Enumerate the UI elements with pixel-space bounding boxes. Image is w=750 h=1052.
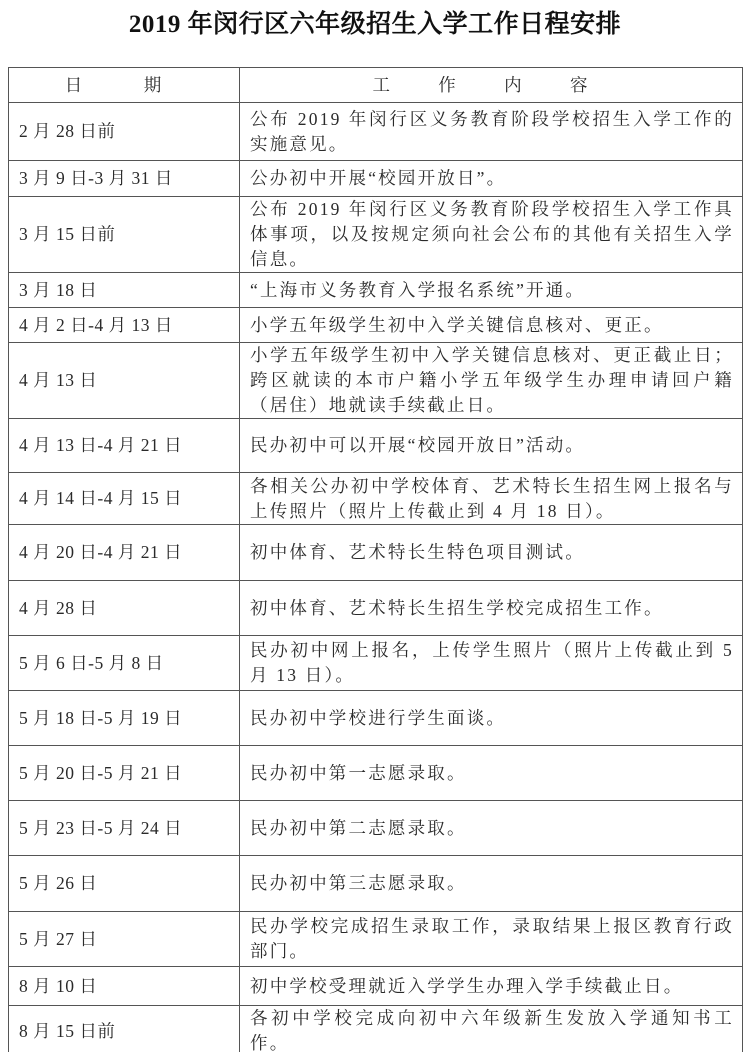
row-work-content: 各初中学校完成向初中六年级新生发放入学通知书工作。 — [240, 1006, 743, 1052]
row-date: 5 月 6 日-5 月 8 日 — [9, 636, 240, 691]
table-row: 8 月 15 日前各初中学校完成向初中六年级新生发放入学通知书工作。 — [9, 1006, 743, 1052]
row-work-content: 民办初中第二志愿录取。 — [240, 801, 743, 856]
table-row: 5 月 18 日-5 月 19 日民办初中学校进行学生面谈。 — [9, 691, 743, 746]
table-row: 4 月 13 日小学五年级学生初中入学关键信息核对、更正截止日；跨区就读的本市户… — [9, 343, 743, 419]
row-date: 8 月 15 日前 — [9, 1006, 240, 1052]
header-work-content: 工 作 内 容 — [240, 68, 743, 103]
table-row: 4 月 14 日-4 月 15 日各相关公办初中学校体育、艺术特长生招生网上报名… — [9, 473, 743, 525]
table-row: 5 月 23 日-5 月 24 日民办初中第二志愿录取。 — [9, 801, 743, 856]
row-date: 5 月 23 日-5 月 24 日 — [9, 801, 240, 856]
table-row: 2 月 28 日前公布 2019 年闵行区义务教育阶段学校招生入学工作的实施意见… — [9, 103, 743, 161]
row-work-content: 小学五年级学生初中入学关键信息核对、更正截止日；跨区就读的本市户籍小学五年级学生… — [240, 343, 743, 419]
schedule-table: 日 期 工 作 内 容 2 月 28 日前公布 2019 年闵行区义务教育阶段学… — [8, 67, 743, 1052]
table-row: 4 月 20 日-4 月 21 日初中体育、艺术特长生特色项目测试。 — [9, 525, 743, 581]
table-row: 5 月 20 日-5 月 21 日民办初中第一志愿录取。 — [9, 746, 743, 801]
row-work-content: 各相关公办初中学校体育、艺术特长生招生网上报名与上传照片（照片上传截止到 4 月… — [240, 473, 743, 525]
table-row: 3 月 9 日-3 月 31 日公办初中开展“校园开放日”。 — [9, 161, 743, 197]
row-work-content: 民办初中第三志愿录取。 — [240, 856, 743, 912]
row-work-content: 民办初中网上报名，上传学生照片（照片上传截止到 5 月 13 日）。 — [240, 636, 743, 691]
row-date: 3 月 18 日 — [9, 273, 240, 308]
row-date: 3 月 9 日-3 月 31 日 — [9, 161, 240, 197]
table-row: 8 月 10 日初中学校受理就近入学学生办理入学手续截止日。 — [9, 967, 743, 1006]
document-title: 2019 年闵行区六年级招生入学工作日程安排 — [0, 4, 750, 40]
row-work-content: 公办初中开展“校园开放日”。 — [240, 161, 743, 197]
row-work-content: 公布 2019 年闵行区义务教育阶段学校招生入学工作的实施意见。 — [240, 103, 743, 161]
row-date: 2 月 28 日前 — [9, 103, 240, 161]
table-row: 5 月 27 日民办学校完成招生录取工作，录取结果上报区教育行政部门。 — [9, 912, 743, 967]
row-work-content: 初中体育、艺术特长生招生学校完成招生工作。 — [240, 581, 743, 636]
row-date: 5 月 27 日 — [9, 912, 240, 967]
row-date: 4 月 13 日-4 月 21 日 — [9, 419, 240, 473]
row-work-content: “上海市义务教育入学报名系统”开通。 — [240, 273, 743, 308]
table-row: 3 月 15 日前公布 2019 年闵行区义务教育阶段学校招生入学工作具体事项，… — [9, 197, 743, 273]
row-date: 4 月 20 日-4 月 21 日 — [9, 525, 240, 581]
table-row: 4 月 13 日-4 月 21 日民办初中可以开展“校园开放日”活动。 — [9, 419, 743, 473]
row-work-content: 民办初中可以开展“校园开放日”活动。 — [240, 419, 743, 473]
row-work-content: 初中体育、艺术特长生特色项目测试。 — [240, 525, 743, 581]
row-date: 5 月 20 日-5 月 21 日 — [9, 746, 240, 801]
table-row: 4 月 28 日初中体育、艺术特长生招生学校完成招生工作。 — [9, 581, 743, 636]
table-row: 3 月 18 日“上海市义务教育入学报名系统”开通。 — [9, 273, 743, 308]
row-date: 5 月 18 日-5 月 19 日 — [9, 691, 240, 746]
row-work-content: 民办初中第一志愿录取。 — [240, 746, 743, 801]
row-date: 8 月 10 日 — [9, 967, 240, 1006]
row-date: 5 月 26 日 — [9, 856, 240, 912]
row-work-content: 初中学校受理就近入学学生办理入学手续截止日。 — [240, 967, 743, 1006]
row-work-content: 公布 2019 年闵行区义务教育阶段学校招生入学工作具体事项，以及按规定须向社会… — [240, 197, 743, 273]
table-header-row: 日 期 工 作 内 容 — [9, 68, 743, 103]
table-row: 4 月 2 日-4 月 13 日小学五年级学生初中入学关键信息核对、更正。 — [9, 308, 743, 343]
table-row: 5 月 6 日-5 月 8 日民办初中网上报名，上传学生照片（照片上传截止到 5… — [9, 636, 743, 691]
row-work-content: 民办初中学校进行学生面谈。 — [240, 691, 743, 746]
row-date: 4 月 2 日-4 月 13 日 — [9, 308, 240, 343]
row-date: 3 月 15 日前 — [9, 197, 240, 273]
row-work-content: 小学五年级学生初中入学关键信息核对、更正。 — [240, 308, 743, 343]
row-work-content: 民办学校完成招生录取工作，录取结果上报区教育行政部门。 — [240, 912, 743, 967]
row-date: 4 月 13 日 — [9, 343, 240, 419]
row-date: 4 月 28 日 — [9, 581, 240, 636]
table-row: 5 月 26 日民办初中第三志愿录取。 — [9, 856, 743, 912]
row-date: 4 月 14 日-4 月 15 日 — [9, 473, 240, 525]
header-date: 日 期 — [9, 68, 240, 103]
